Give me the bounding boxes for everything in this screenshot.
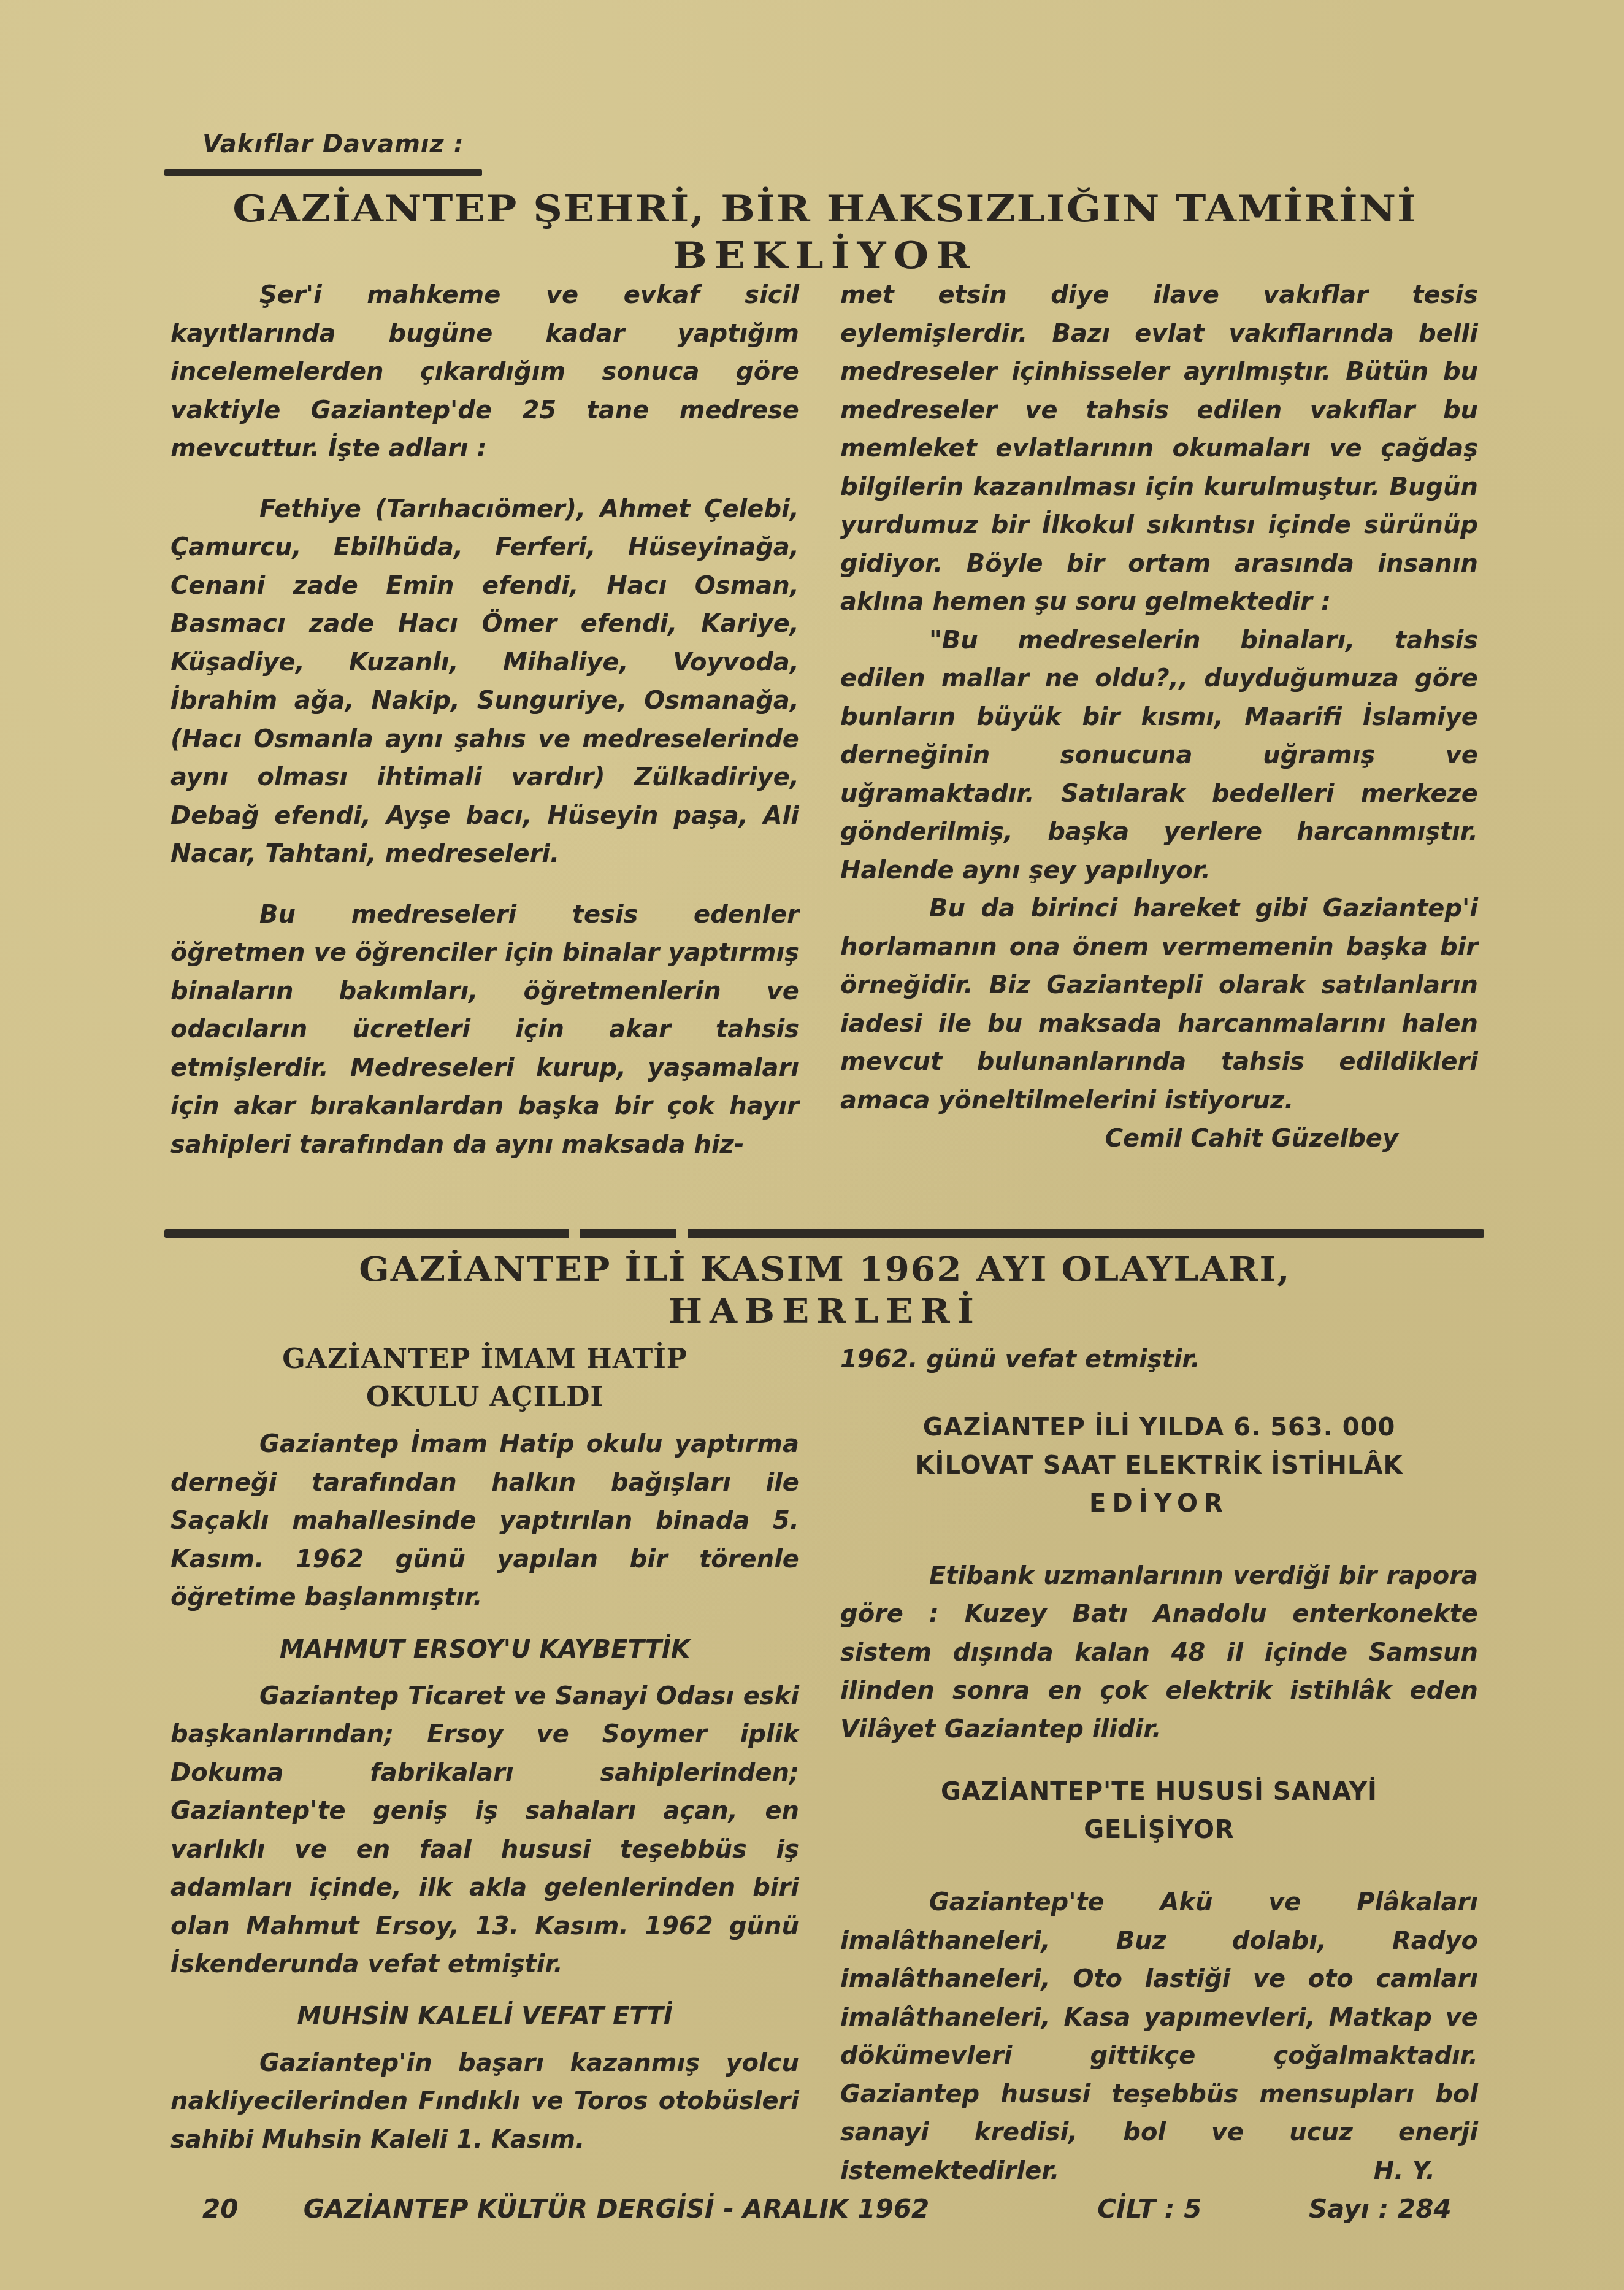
article1-signature: Cemil Cahit Güzelbey: [840, 1120, 1478, 1158]
article2-headline: GAZİANTEP İLİ KASIM 1962 AYI OLAYLARI, H…: [159, 1249, 1490, 1332]
news-title: MAHMUT ERSOY'U KAYBETTİK: [170, 1631, 799, 1669]
news-right-column: 1962. günü vefat etmiştir. GAZİANTEP İLİ…: [840, 1340, 1478, 2191]
article1-left-column: Şer'i mahkeme ve evkaf sicil kayıtlarınd…: [170, 276, 799, 1164]
article1-paragraph: met etsin diye ilave vakıflar tesis eyle…: [840, 276, 1478, 621]
news-body: Gaziantep'in başarı kazanmış yolcu nakli…: [170, 2044, 799, 2159]
article1-paragraph: Bu da birinci hareket gibi Gaziantep'i h…: [840, 889, 1478, 1120]
news-body: Gaziantep'te Akü ve Plâkaları imalâthane…: [840, 1883, 1478, 2190]
news-body: Gaziantep Ticaret ve Sanayi Odası eski b…: [170, 1677, 799, 1984]
magazine-page: Vakıflar Davamız : GAZİANTEP ŞEHRİ, BİR …: [0, 0, 1624, 2290]
issue-label: Sayı : 284: [1309, 2194, 1452, 2224]
news-title: MUHSİN KALELİ VEFAT ETTİ: [170, 1997, 799, 2035]
magazine-title: GAZİANTEP KÜLTÜR DERGİSİ - ARALIK 1962: [304, 2194, 1089, 2224]
news-title: GAZİANTEP İLİ YILDA 6. 563. 000 KİLOVAT …: [840, 1408, 1478, 1523]
section-divider: [164, 1229, 1484, 1238]
article1-headline-line2: BEKLİYOR: [159, 232, 1490, 278]
article1-paragraph: "Bu medreselerin binaları, tahsis edilen…: [840, 621, 1478, 890]
article2-headline-line1: GAZİANTEP İLİ KASIM 1962 AYI OLAYLARI,: [159, 1249, 1490, 1291]
article1-right-column: met etsin diye ilave vakıflar tesis eyle…: [840, 276, 1478, 1158]
section-kicker: Vakıflar Davamız :: [202, 130, 464, 158]
news-title: GAZİANTEP'TE HUSUSİ SANAYİ GELİŞİYOR: [840, 1773, 1478, 1849]
news-title: GAZİANTEP İMAM HATİP OKULU AÇILDI: [170, 1340, 799, 1416]
article1-headline: GAZİANTEP ŞEHRİ, BİR HAKSIZLIĞIN TAMİRİN…: [159, 186, 1490, 279]
news-body: Etibank uzmanlarının verdiği bir rapora …: [840, 1557, 1478, 1749]
article1-paragraph: Fethiye (Tarıhacıömer), Ahmet Çelebi, Ça…: [170, 490, 799, 874]
news-body-continuation: 1962. günü vefat etmiştir.: [840, 1340, 1478, 1379]
news-left-column: GAZİANTEP İMAM HATİP OKULU AÇILDI Gazian…: [170, 1340, 799, 2159]
article1-paragraph: Bu medreseleri tesis edenler öğretmen ve…: [170, 896, 799, 1164]
article2-headline-line2: HABERLERİ: [159, 1291, 1490, 1332]
article1-headline-line1: GAZİANTEP ŞEHRİ, BİR HAKSIZLIĞIN TAMİRİN…: [159, 186, 1490, 232]
kicker-underline: [164, 169, 482, 176]
page-number: 20: [202, 2194, 294, 2224]
article1-paragraph: Şer'i mahkeme ve evkaf sicil kayıtlarınd…: [170, 276, 799, 468]
page-footer: 20 GAZİANTEP KÜLTÜR DERGİSİ - ARALIK 196…: [202, 2194, 1490, 2224]
volume-label: CİLT : 5: [1097, 2194, 1300, 2224]
news-body: Gaziantep İmam Hatip okulu yaptırma dern…: [170, 1425, 799, 1617]
